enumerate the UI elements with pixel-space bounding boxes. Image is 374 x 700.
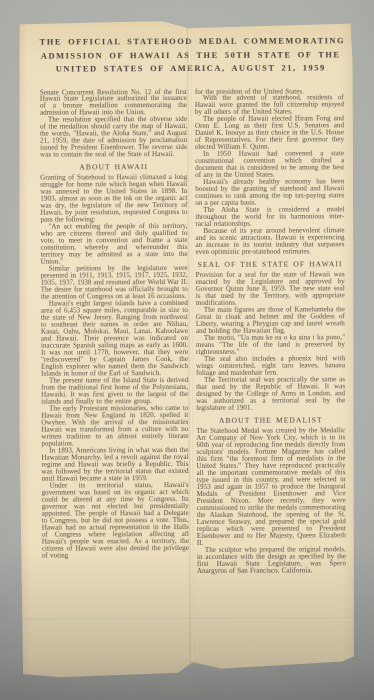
leaflet-page: THE OFFICIAL STATEHOOD MEDAL COMMEMORATI… [18,20,356,678]
paragraph-aloha-state-model: The Aloha State is considered a model th… [195,207,344,229]
paragraph-territorial-status: Under its territorial status, Hawaii's g… [42,482,189,559]
photo-background: THE OFFICIAL STATEHOOD MEDAL COMMEMORATI… [0,0,374,700]
section-heading-about-hawaii: ABOUT HAWAII [40,162,187,172]
paragraph-granting-statehood: Granting of Statehood to Hawaii climaxed… [40,174,187,224]
section-heading-medalist: ABOUT THE MEDALIST [196,415,345,425]
paragraph-enabling-act: "An act enabling the people of this terr… [40,223,187,266]
paragraph-sculptor: The sculptor who prepared the original m… [197,546,346,575]
left-column: Senate Concurrent Resolution No. 12 of t… [40,88,189,575]
horizontal-fold-crease [20,616,355,621]
document-title: THE OFFICIAL STATEHOOD MEDAL COMMEMORATI… [40,34,342,76]
paragraph-constitutional-convention: In 1950 Hawaii had convened a state cons… [195,151,344,180]
paragraph-seal-figures: The main figures are those of Kamehameha… [196,306,345,335]
text-columns: Senate Concurrent Resolution No. 12 of t… [40,88,346,575]
paragraph-seal-motto: The motto, "Ua mau ke ea o ka aina i ka … [196,334,345,356]
paragraph-tourism: Because of its year around benevolent cl… [195,227,344,256]
paragraph-economy: Hawaii's already healthy economy has bee… [195,179,344,208]
section-heading-seal: SEAL OF THE STATE OF HAWAII [196,259,345,269]
paragraph-1893-revolt: In 1893, Americans living in what was th… [41,447,188,483]
paragraph-resolution: Senate Concurrent Resolution No. 12 of t… [40,88,187,117]
paragraph-missionaries: The early Protestant missionaries, who c… [41,405,188,448]
paragraph-islands: Hawaii's eight largest islands have a co… [41,300,188,377]
title-line-3: UNITED STATES OF AMERICA, AUGUST 21, 195… [40,61,342,76]
paragraph-territorial-seal: The Territorial seal was practically the… [196,376,345,412]
paragraph-seal-phoenix: The seal also includes a phoenix bird wi… [196,355,345,377]
paragraph-island-name: The present name of the Island State is … [41,377,188,406]
paragraph-seal-provision: Provision for a seal for the state of Ha… [196,271,345,307]
title-line-1: THE OFFICIAL STATEHOOD MEDAL COMMEMORATI… [40,34,342,49]
paragraph-resolution-specified: The resolution specified that the obvers… [40,116,187,159]
paragraph-elected-officials: The people of Hawaii elected Hiram Fong … [195,116,344,152]
paragraph-medallic-art-company: The Statehood Medal was created by the M… [196,427,346,546]
paragraph-similar-petitions: Similar petitions by the legislature wer… [41,265,188,301]
paragraph-advent-statehood: With the advent of statehood, residents … [195,95,344,117]
title-line-2: ADMISSION OF HAWAII AS THE 50TH STATE OF… [40,48,342,63]
right-column: for the president of the United States. … [195,88,346,575]
